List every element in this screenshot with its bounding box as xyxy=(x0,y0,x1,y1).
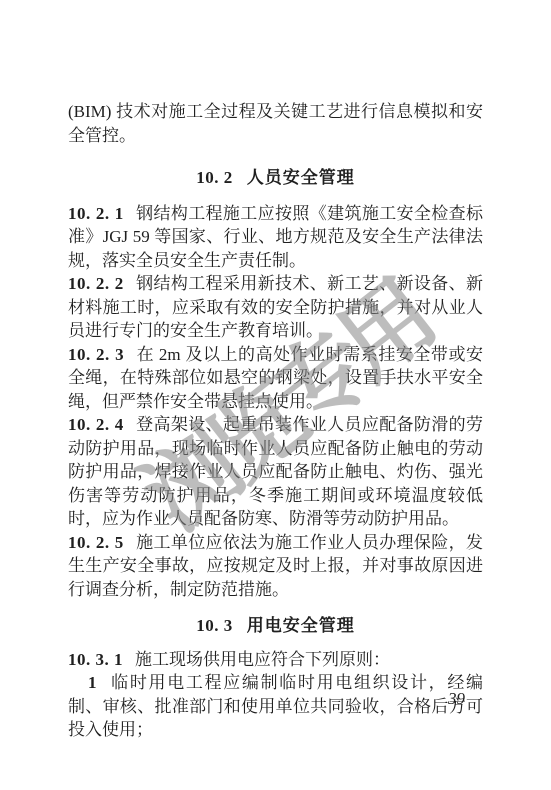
clause-number: 10. 2. 5 xyxy=(68,533,124,552)
clause-text: 施工单位应依法为施工作业人员办理保险，发生生产安全事故，应按规定及时上报，并对事… xyxy=(68,533,483,599)
paragraph-continuation: (BIM) 技术对施工全过程及关键工艺进行信息模拟和安全管控。 xyxy=(68,100,483,147)
clause-10-2-4: 10. 2. 4登高架设、起重吊装作业人员应配备防滑的劳动防护用品，现场临时作业… xyxy=(68,413,483,531)
clause-number: 10. 2. 3 xyxy=(68,345,124,364)
clause-10-2-1: 10. 2. 1钢结构工程施工应按照《建筑施工安全检查标准》JGJ 59 等国家… xyxy=(68,202,483,273)
clause-text: 在 2m 及以上的高处作业时需系挂安全带或安全绳，在特殊部位如悬空的钢梁处，设置… xyxy=(68,345,483,411)
section-heading-personnel: 10. 2人员安全管理 xyxy=(68,166,483,190)
clause-10-2-5: 10. 2. 5施工单位应依法为施工作业人员办理保险，发生生产安全事故，应按规定… xyxy=(68,531,483,602)
clause-text: 钢结构工程采用新技术、新工艺、新设备、新材料施工时，应采取有效的安全防护措施，并… xyxy=(68,274,483,340)
clause-text: 施工现场供用电应符合下列原则： xyxy=(135,650,390,669)
section-number: 10. 3 xyxy=(196,616,233,635)
clause-number: 10. 2. 4 xyxy=(68,415,124,434)
clause-text: 登高架设、起重吊装作业人员应配备防滑的劳动防护用品，现场临时作业人员应配备防止触… xyxy=(68,415,483,528)
clause-10-2-2: 10. 2. 2钢结构工程采用新技术、新工艺、新设备、新材料施工时，应采取有效的… xyxy=(68,272,483,343)
page-content: (BIM) 技术对施工全过程及关键工艺进行信息模拟和安全管控。 10. 2人员安… xyxy=(68,100,483,742)
list-item-1: 1临时用电工程应编制临时用电组织设计，经编制、审核、批准部门和使用单位共同验收，… xyxy=(68,671,483,742)
section-number: 10. 2 xyxy=(196,168,233,187)
section-heading-electric: 10. 3用电安全管理 xyxy=(68,614,483,638)
clause-text: 钢结构工程施工应按照《建筑施工安全检查标准》JGJ 59 等国家、行业、地方规范… xyxy=(68,204,483,270)
clause-number: 10. 2. 1 xyxy=(68,204,124,223)
clause-number: 10. 3. 1 xyxy=(68,650,123,669)
item-number: 1 xyxy=(88,673,97,692)
clause-10-2-3: 10. 2. 3在 2m 及以上的高处作业时需系挂安全带或安全绳，在特殊部位如悬… xyxy=(68,343,483,414)
clause-10-3-1: 10. 3. 1施工现场供用电应符合下列原则： xyxy=(68,648,483,672)
page-number: 39 xyxy=(448,689,465,709)
section-title: 用电安全管理 xyxy=(247,616,355,635)
clause-number: 10. 2. 2 xyxy=(68,274,124,293)
section-title: 人员安全管理 xyxy=(247,168,355,187)
item-text: 临时用电工程应编制临时用电组织设计，经编制、审核、批准部门和使用单位共同验收，合… xyxy=(68,673,483,739)
document-page: 浏览专用 (BIM) 技术对施工全过程及关键工艺进行信息模拟和安全管控。 10.… xyxy=(0,0,551,790)
